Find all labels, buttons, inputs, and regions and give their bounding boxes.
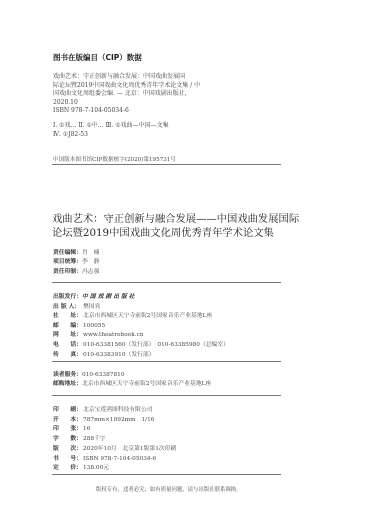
- spec-label: 书 号：: [53, 455, 83, 465]
- publisher-website: www.theatrebook.cn: [83, 331, 144, 341]
- spec-value: 288千字: [83, 435, 106, 445]
- spec-row: 书 号：ISBN 978-7-104-05034-6: [53, 455, 176, 465]
- book-title-line: 论坛暨2019中国戏曲文化周优秀青年学术论文集: [52, 226, 299, 240]
- reader-value: 北京市西城区天宁寺前街2号国家音乐产业基地L座: [82, 381, 211, 387]
- publisher-row: 电 话：010-63381560（发行部） 010-63385980（总编室）: [53, 341, 229, 351]
- spec-label: 版 次：: [53, 445, 83, 455]
- publisher-fax: 010-63383910（发行部）: [83, 351, 155, 361]
- divider: [52, 282, 281, 283]
- publisher-value: 北京市西城区天宁寺前街2号国家音乐产业基地L座: [83, 312, 212, 322]
- cip-line: 2020.10: [53, 99, 200, 108]
- spec-row: 字 数：288千字: [53, 435, 176, 445]
- reader-value: 010-63387810: [82, 372, 125, 378]
- staff-row: 责任印制：冯志强: [53, 268, 99, 277]
- spec-row: 定 价：138.00元: [53, 464, 176, 474]
- cip-classification: Ⅳ. ①J82-53: [53, 131, 200, 140]
- cip-data-block: 戏曲艺术：守正创新与融合发展：中国戏曲发展国 际论坛暨2019中国戏曲文化周优秀…: [53, 73, 200, 139]
- divider: [52, 164, 281, 165]
- publisher-label: 网 址：: [53, 331, 83, 341]
- staff-row: 责任编辑：肖 楠: [53, 249, 99, 258]
- print-specs: 印 刷：北京宝莲鸿图科技有限公司 开 本：787mm×1092mm 1/16 印…: [53, 406, 176, 474]
- book-title-line: 戏曲艺术：守正创新与融合发展——中国戏曲发展国际: [52, 212, 299, 226]
- copyright-notice: 版权专有，违者必究；如有质量问题，请与出版社联系调换。: [96, 485, 242, 493]
- staff-value: 肖 楠: [82, 250, 99, 256]
- spec-label: 字 数：: [53, 435, 83, 445]
- divider: [52, 474, 281, 475]
- spec-value: 16: [83, 425, 90, 435]
- publisher-value: 100055: [83, 322, 105, 332]
- spec-row: 开 本：787mm×1092mm 1/16: [53, 416, 176, 426]
- publisher-label: 电 话：: [53, 341, 83, 351]
- spec-value: 787mm×1092mm 1/16: [83, 416, 154, 426]
- cip-heading: 图书在版编目（CIP）数据: [53, 52, 142, 63]
- publisher-row: 社 址：北京市西城区天宁寺前街2号国家音乐产业基地L座: [53, 312, 229, 322]
- reader-row: 读者服务：010-63387810: [53, 371, 211, 380]
- publisher-row: 网 址：www.theatrebook.cn: [53, 331, 229, 341]
- publisher-row: 邮 编：100055: [53, 322, 229, 332]
- spec-row: 印 刷：北京宝莲鸿图科技有限公司: [53, 406, 176, 416]
- spec-value: ISBN 978-7-104-05034-6: [83, 455, 156, 465]
- copyright-page: 图书在版编目（CIP）数据 戏曲艺术：守正创新与融合发展：中国戏曲发展国 际论坛…: [0, 0, 375, 524]
- spec-value: 2020年10月 北京第1版第1次印刷: [83, 445, 176, 455]
- publisher-label: 传 真：: [53, 351, 83, 361]
- spec-row: 版 次：2020年10月 北京第1版第1次印刷: [53, 445, 176, 455]
- spec-row: 印 张：16: [53, 425, 176, 435]
- divider: [52, 361, 281, 362]
- staff-credits: 责任编辑：肖 楠 项目统筹：李 静 责任印制：冯志强: [53, 249, 99, 277]
- cip-record-number: 中国版本图书馆CIP数据核字(2020)第195731号: [53, 155, 176, 163]
- divider: [52, 395, 281, 396]
- cip-line: 戏曲艺术：守正创新与融合发展：中国戏曲发展国: [53, 73, 200, 82]
- staff-value: 李 静: [82, 259, 99, 265]
- staff-label: 责任编辑：: [53, 250, 82, 256]
- publisher-label: 邮 编：: [53, 322, 83, 332]
- publisher-info: 出版发行：中国戏剧出版社 出 版 人：樊国宾 社 址：北京市西城区天宁寺前街2号…: [53, 293, 229, 360]
- publisher-value: 樊国宾: [83, 303, 100, 313]
- staff-row: 项目统筹：李 静: [53, 258, 99, 267]
- reader-label: 邮购地址：: [53, 381, 82, 387]
- cip-classification: Ⅰ. ①戏… Ⅱ. ①中… Ⅲ. ①戏曲—中国—文集: [53, 122, 200, 131]
- book-title: 戏曲艺术：守正创新与融合发展——中国戏曲发展国际 论坛暨2019中国戏曲文化周优…: [52, 212, 299, 240]
- spec-label: 定 价：: [53, 464, 83, 474]
- spec-label: 开 本：: [53, 416, 83, 426]
- reader-row: 邮购地址：北京市西城区天宁寺前街2号国家音乐产业基地L座: [53, 380, 211, 389]
- spec-value: 北京宝莲鸿图科技有限公司: [83, 406, 153, 416]
- cip-line: ISBN 978-7-104-05034-6: [53, 107, 200, 116]
- spec-label: 印 张：: [53, 425, 83, 435]
- spec-label: 印 刷：: [53, 406, 83, 416]
- reader-label: 读者服务：: [53, 372, 82, 378]
- publisher-logo-text: 中国戏剧出版社: [82, 293, 137, 303]
- publisher-phone: 010-63381560（发行部） 010-63385980（总编室）: [83, 341, 229, 351]
- publisher-label: 出版发行：: [53, 293, 82, 303]
- cip-line: 际论坛暨2019中国戏曲文化周优秀青年学术论文集 / 中: [53, 82, 200, 91]
- spec-value: 138.00元: [83, 464, 109, 474]
- cip-line: 国戏曲文化周组委会编. — 北京：中国戏剧出版社，: [53, 90, 200, 99]
- publisher-row: 出 版 人：樊国宾: [53, 303, 229, 313]
- publisher-row: 出版发行：中国戏剧出版社: [53, 293, 229, 303]
- reader-service: 读者服务：010-63387810 邮购地址：北京市西城区天宁寺前街2号国家音乐…: [53, 371, 211, 390]
- staff-label: 项目统筹：: [53, 259, 82, 265]
- staff-label: 责任印制：: [53, 269, 82, 275]
- publisher-label: 出 版 人：: [53, 303, 83, 313]
- staff-value: 冯志强: [82, 269, 99, 275]
- publisher-row: 传 真：010-63383910（发行部）: [53, 351, 229, 361]
- publisher-label: 社 址：: [53, 312, 83, 322]
